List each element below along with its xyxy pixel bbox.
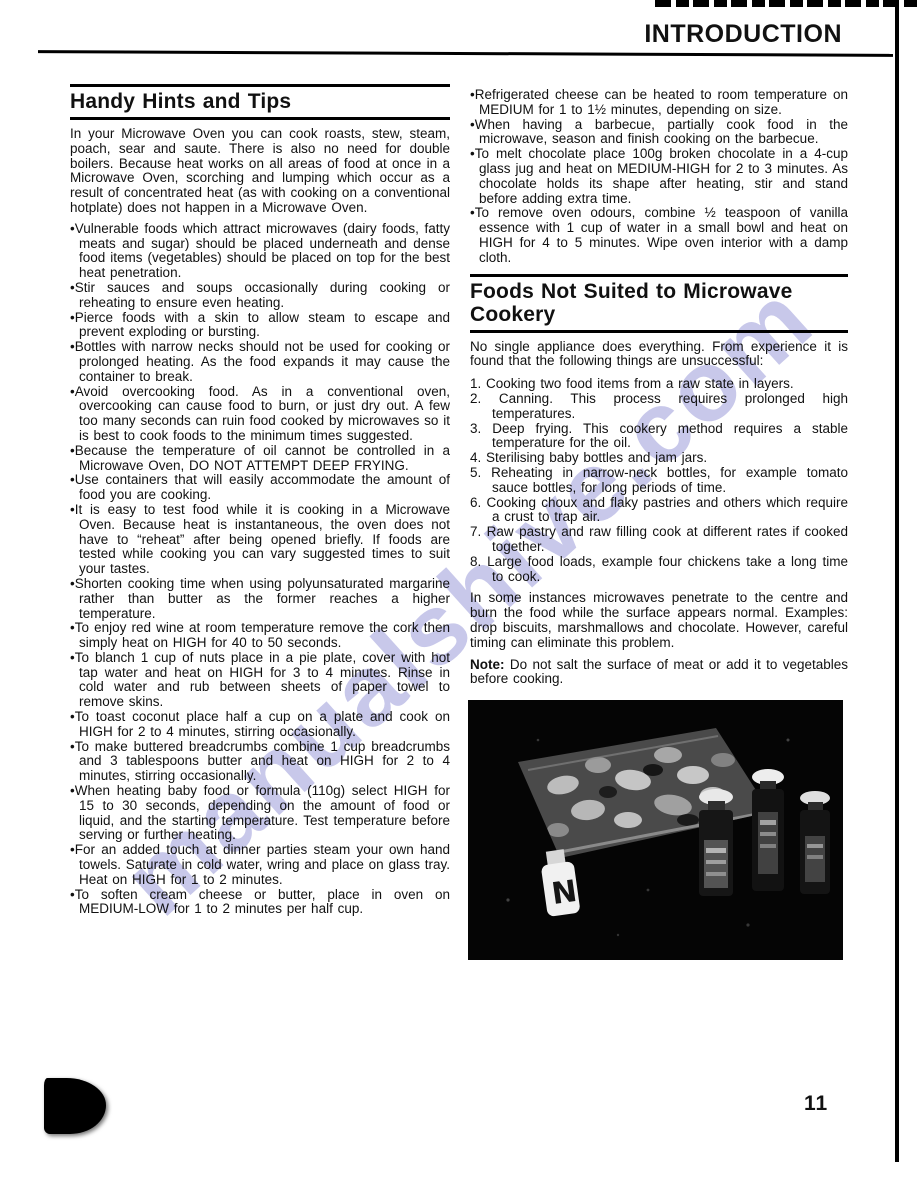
page-title: INTRODUCTION <box>644 20 842 49</box>
list-item: Canning. This process requires prolonged… <box>470 392 848 422</box>
manual-page: manualshive.com INTRODUCTION Handy Hints… <box>0 0 918 1188</box>
hints-bullet-list: Vulnerable foods which attract microwave… <box>70 222 450 917</box>
list-item: To make buttered breadcrumbs combine 1 c… <box>70 740 450 784</box>
list-item: To enjoy red wine at room temperature re… <box>70 621 450 651</box>
list-item: Avoid overcooking food. As in a conventi… <box>70 385 450 444</box>
list-item: When having a barbecue, partially cook f… <box>470 118 848 148</box>
list-item: For an added touch at dinner parties ste… <box>70 843 450 887</box>
list-item: Because the temperature of oil cannot be… <box>70 444 450 474</box>
list-item: Shorten cooking time when using polyunsa… <box>70 577 450 621</box>
closing-paragraph: In some instances microwaves penetrate t… <box>470 591 848 650</box>
list-item: It is easy to test food while it is cook… <box>70 503 450 577</box>
list-item: When heating baby food or formula (110g)… <box>70 784 450 843</box>
list-item: Use containers that will easily accommod… <box>70 473 450 503</box>
intro-paragraph: In your Microwave Oven you can cook roas… <box>70 127 450 216</box>
list-item: To melt chocolate place 100g broken choc… <box>470 147 848 206</box>
left-column: Handy Hints and Tips In your Microwave O… <box>70 84 450 917</box>
scan-edge-artifact <box>655 0 918 7</box>
handy-hints-heading-block: Handy Hints and Tips <box>70 84 450 120</box>
note-text: Do not salt the surface of meat or add i… <box>470 657 848 687</box>
foods-not-suited-heading-block: Foods Not Suited to Microwave Cookery <box>470 274 848 333</box>
list-item: Vulnerable foods which attract microwave… <box>70 222 450 281</box>
header-rule <box>38 50 893 57</box>
list-item: Reheating in narrow-neck bottles, for ex… <box>470 466 848 496</box>
unsuccessful-foods-list: Cooking two food items from a raw state … <box>470 377 848 584</box>
hints-bullet-list-continued: Refrigerated cheese can be heated to roo… <box>470 88 848 266</box>
svg-text:N: N <box>549 874 579 912</box>
page-edge-line <box>895 0 899 1162</box>
list-item: Deep frying. This cookery method require… <box>470 422 848 452</box>
section-heading-handy-hints: Handy Hints and Tips <box>70 90 450 113</box>
list-item: Cooking two food items from a raw state … <box>470 377 848 392</box>
foods-intro-paragraph: No single appliance does everything. Fro… <box>470 340 848 370</box>
right-column: Refrigerated cheese can be heated to roo… <box>470 88 848 687</box>
list-item: Stir sauces and soups occasionally durin… <box>70 281 450 311</box>
list-item: Refrigerated cheese can be heated to roo… <box>470 88 848 118</box>
list-item: Cooking choux and flaky pastries and oth… <box>470 496 848 526</box>
section-heading-foods-not-suited: Foods Not Suited to Microwave Cookery <box>470 280 848 326</box>
page-number: 11 <box>804 1092 828 1116</box>
note-label: Note: <box>470 657 505 672</box>
list-item: To remove oven odours, combine ½ teaspoo… <box>470 206 848 265</box>
note-paragraph: Note: Do not salt the surface of meat or… <box>470 658 848 688</box>
list-item: To toast coconut place half a cup on a p… <box>70 710 450 740</box>
scan-ink-blob <box>44 1078 106 1134</box>
list-item: Bottles with narrow necks should not be … <box>70 340 450 384</box>
list-item: Sterilising baby bottles and jam jars. <box>470 451 848 466</box>
list-item: Large food loads, example four chickens … <box>470 555 848 585</box>
list-item: To blanch 1 cup of nuts place in a pie p… <box>70 651 450 710</box>
list-item: Pierce foods with a skin to allow steam … <box>70 311 450 341</box>
food-and-bottles-photo: N <box>468 700 843 960</box>
list-item: To soften cream cheese or butter, place … <box>70 888 450 918</box>
list-item: Raw pastry and raw filling cook at diffe… <box>470 525 848 555</box>
